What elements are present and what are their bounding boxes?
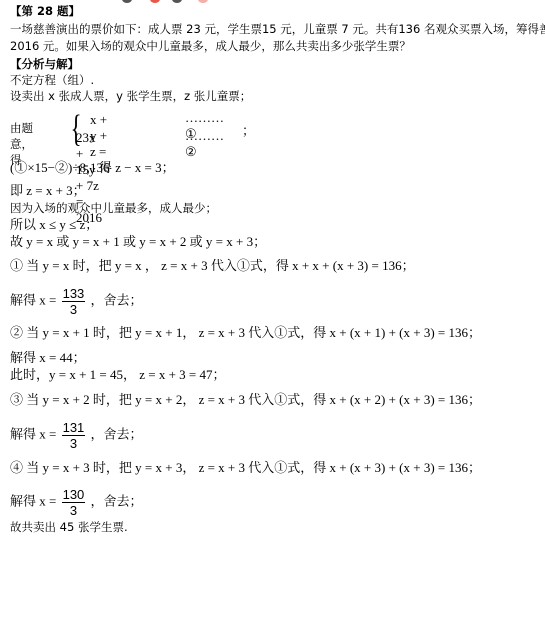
dot-icon <box>122 0 132 3</box>
reason-line: 因为入场的观众中儿童最多，成人最少； <box>10 200 217 216</box>
numerator: 130 <box>62 487 86 503</box>
solve-prefix: 解得 x = <box>10 426 56 441</box>
question-tag: 【第 28 题】 <box>10 3 80 19</box>
denominator: 3 <box>62 503 86 518</box>
method-line: 不定方程（组）. <box>10 72 94 88</box>
solve-suffix: ，舍去； <box>91 493 143 508</box>
top-decoration <box>0 0 545 5</box>
ie-line: 即 z = x + 3； <box>10 183 86 199</box>
solve-suffix: ，舍去； <box>91 292 143 307</box>
case-2-then: 此时，y = x + 1 = 45， z = x + 3 = 47； <box>10 367 226 383</box>
solve-suffix: ，舍去； <box>91 426 143 441</box>
fraction: 1313 <box>62 420 86 451</box>
case-3-solution: 解得 x = 1313 ，舍去； <box>10 420 143 451</box>
case-4: ④ 当 y = x + 3 时，把 y = x + 3， z = x + 3 代… <box>10 460 481 476</box>
fraction: 1333 <box>62 286 86 317</box>
dot-icon <box>198 0 208 3</box>
system-end: ； <box>242 120 255 139</box>
case-4-solution: 解得 x = 1303 ，舍去； <box>10 487 143 518</box>
cases-line: 故 y = x 或 y = x + 1 或 y = x + 2 或 y = x … <box>10 234 266 250</box>
dot-icon <box>172 0 182 3</box>
analysis-title: 【分析与解】 <box>10 56 79 72</box>
problem-line-1: 一场慈善演出的票价如下：成人票 23 元，学生票15 元，儿童票 7 元。共有1… <box>10 21 545 37</box>
equation-2-marker: ……… ② <box>185 128 224 160</box>
solve-prefix: 解得 x = <box>10 493 56 508</box>
dot-icon <box>150 0 160 3</box>
case-1-solution: 解得 x = 1333 ，舍去； <box>10 286 143 317</box>
so-line: 所以 x ≤ y ≤ z； <box>10 217 98 233</box>
denominator: 3 <box>62 302 86 317</box>
numerator: 133 <box>62 286 86 302</box>
case-2: ② 当 y = x + 1 时，把 y = x + 1， z = x + 3 代… <box>10 325 481 341</box>
let-line: 设卖出 x 张成人票，y 张学生票，z 张儿童票； <box>10 88 251 104</box>
solve-prefix: 解得 x = <box>10 292 56 307</box>
case-1: ① 当 y = x 时，把 y = x ， z = x + 3 代入①式，得 x… <box>10 258 415 274</box>
case-3: ③ 当 y = x + 2 时，把 y = x + 2， z = x + 3 代… <box>10 392 481 408</box>
fraction: 1303 <box>62 487 86 518</box>
denominator: 3 <box>62 436 86 451</box>
problem-line-2: 2016 元。如果入场的观众中儿童最多，成人最少，那么共卖出多少张学生票？ <box>10 38 411 54</box>
conclusion: 故共卖出 45 张学生票. <box>10 519 128 535</box>
combine-line: (①×15−②)÷8，得 z − x = 3； <box>10 160 175 176</box>
numerator: 131 <box>62 420 86 436</box>
case-2-solution: 解得 x = 44； <box>10 350 86 366</box>
